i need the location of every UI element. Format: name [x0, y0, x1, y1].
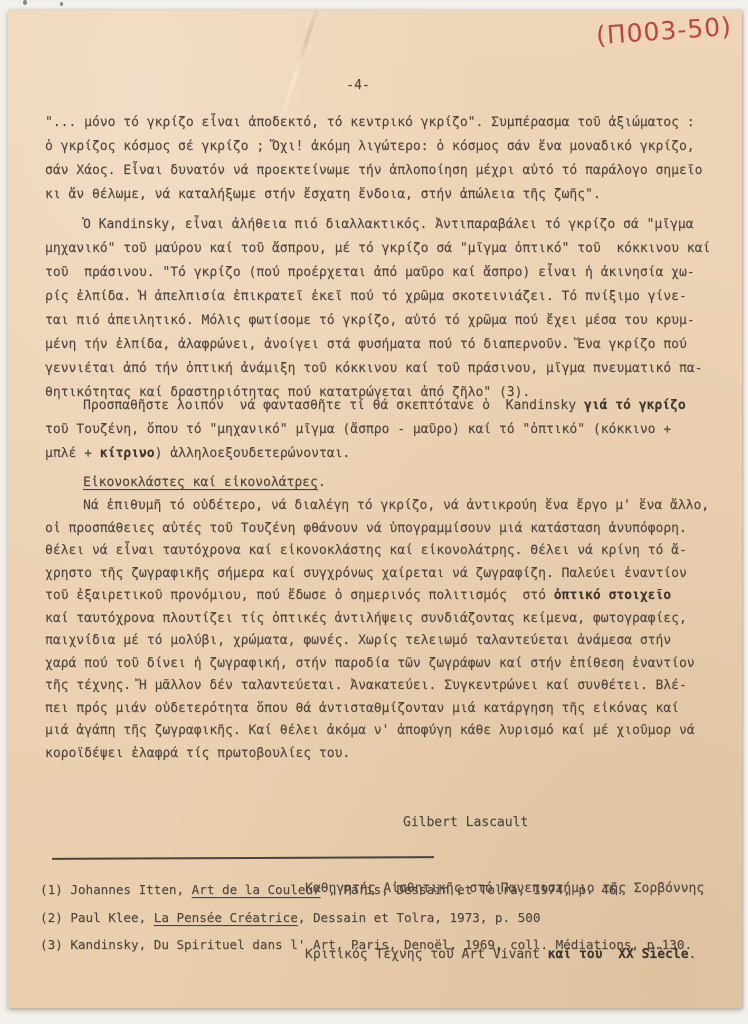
- paragraph-imagine-grey: Προσπαθῆστε λοιπόν νά φαντασθῆτε τί θά σ…: [45, 394, 742, 466]
- footnotes: (1) Johannes Itten, Art de la Couleur , …: [40, 876, 742, 959]
- punch-hole-2: [60, 2, 63, 6]
- handwritten-code-annotation: (Π003-50): [595, 11, 742, 50]
- paragraph-iconoclasts: Νά ἐπιθυμῆ τό οὐδέτερο, νά διαλέγη τό γκ…: [45, 495, 742, 765]
- footnote-2: (2) Paul Klee, La Pensée Créatrice, Dess…: [40, 904, 742, 932]
- document-page: (Π003-50) -4- "... μόνο τό γκρίζο εἶναι …: [8, 10, 742, 1008]
- signature-author-name: Gilbert Lascault: [305, 812, 725, 834]
- section-heading: Εἰκονοκλάστες καί εἰκονολάτρες.: [83, 471, 326, 495]
- page-number: -4-: [8, 78, 708, 93]
- paragraph-quote: "... μόνο τό γκρίζο εἶναι ἀποδεκτό, τό κ…: [45, 111, 742, 207]
- footnote-3: (3) Kandinsky, Du Spirituel dans l' Art,…: [40, 931, 742, 959]
- punch-hole-1: [23, 0, 27, 5]
- footnote-1: (1) Johannes Itten, Art de la Couleur , …: [40, 876, 742, 904]
- paragraph-kandinsky: Ὁ Kandinsky, εἶναι ἀλήθεια πιό διαλλακτι…: [45, 213, 742, 405]
